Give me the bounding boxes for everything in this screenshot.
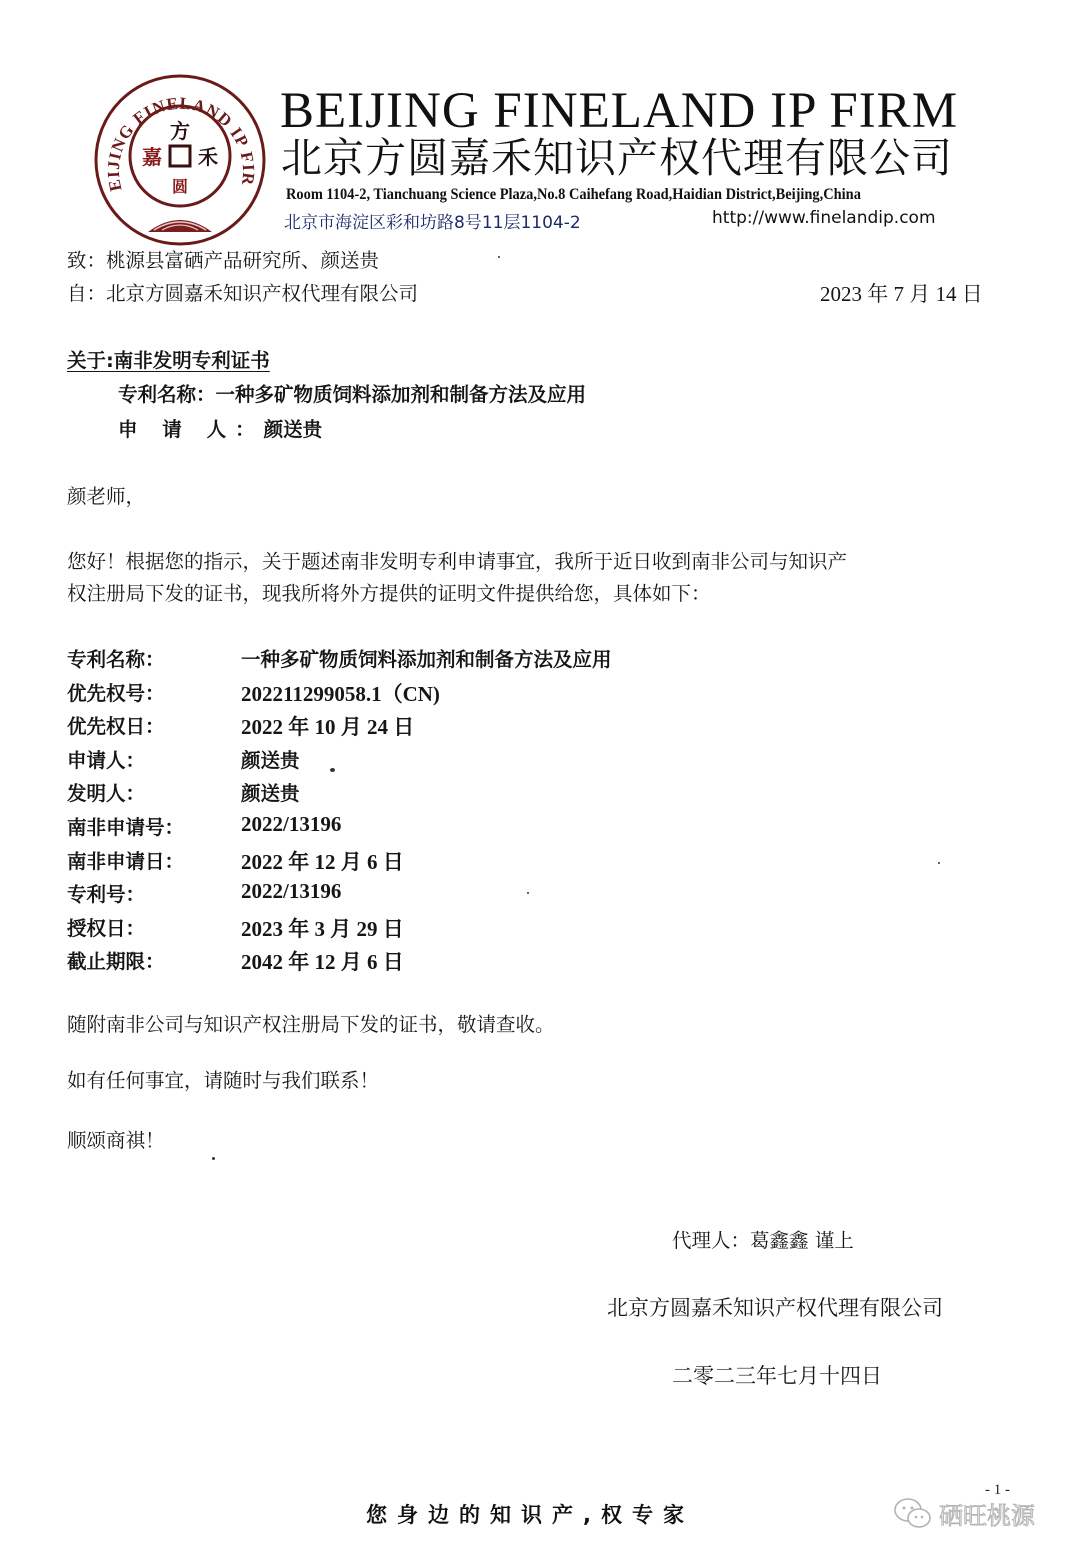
closing-line-attachment: 随附南非公司与知识产权注册局下发的证书，敬请查收。 [67,1015,555,1035]
detail-row-patent-name: 专利名称： 一种多矿物质饲料添加剂和制备方法及应用 [67,644,612,678]
detail-label: 南非申请号： [67,812,241,840]
detail-label: 发明人： [67,778,241,806]
detail-value: 202211299058.1（CN) [241,678,440,708]
detail-label: 截止期限： [67,946,241,974]
closing-line-regards: 顺颂商祺！ [67,1131,165,1151]
detail-value: 2022 年 10 月 24 日 [241,711,414,741]
detail-value: 一种多矿物质饲料添加剂和制备方法及应用 [241,644,612,672]
sender-line: 自：北京方圆嘉禾知识产权代理有限公司 [67,284,418,304]
firm-logo: BEIJING FINELAND IP FIRM 方 嘉 禾 圆 [92,72,268,248]
recipient-line: 致：桃源县富硒产品研究所、颜送贵 [67,251,379,271]
scan-speck [938,862,940,864]
subject-applicant: 申 请 人：颜送贵 [118,420,322,440]
subject-patent-name-value: 一种多矿物质饲料添加剂和制备方法及应用 [216,383,587,406]
detail-row-priority-date: 优先权日： 2022 年 10 月 24 日 [67,711,612,745]
detail-value: 颜送贵 [241,778,300,806]
subject-patent-name-label: 专利名称： [118,383,216,406]
detail-label: 专利名称： [67,644,241,672]
closing-line-contact: 如有任何事宜，请随时与我们联系！ [67,1071,379,1091]
website-link[interactable]: http://www.finelandip.com [712,208,936,228]
detail-label: 授权日： [67,913,241,941]
detail-row-za-application-number: 南非申请号： 2022/13196 [67,812,612,846]
detail-value: 2022/13196 [241,879,341,904]
subject-applicant-label: 申 请 人： [118,418,264,441]
svg-text:嘉: 嘉 [142,145,162,169]
svg-text:禾: 禾 [198,145,218,169]
subject-applicant-value: 颜送贵 [264,418,323,441]
footer-slogan: 您身边的知识产,权专家 [366,1499,694,1529]
subject-title: 关于:南非发明专利证书 [67,351,270,371]
body-paragraph-line-1: 您好！根据您的指示，关于题述南非发明专利申请事宜，我所于近日收到南非公司与知识产 [67,552,847,572]
detail-row-patent-number: 专利号： 2022/13196 [67,879,612,913]
signature-agent: 代理人：葛鑫鑫 谨上 [672,1231,854,1251]
detail-label: 优先权日： [67,711,241,739]
firm-name-chinese: 北京方圆嘉禾知识产权代理有限公司 [281,138,953,179]
firm-seal-icon: BEIJING FINELAND IP FIRM 方 嘉 禾 圆 [92,72,268,248]
watermark-text: 硒旺桃源 [939,1496,1035,1531]
firm-name-english: BEIJING FINELAND IP FIRM [280,86,958,137]
detail-label: 专利号： [67,879,241,907]
wechat-watermark: 硒旺桃源 [893,1496,1035,1531]
detail-label: 申请人： [67,745,241,773]
detail-row-priority-number: 优先权号： 202211299058.1（CN) [67,678,612,712]
detail-row-grant-date: 授权日： 2023 年 3 月 29 日 [67,913,612,947]
signature-firm: 北京方圆嘉禾知识产权代理有限公司 [607,1298,943,1319]
detail-row-za-application-date: 南非申请日： 2022 年 12 月 6 日 [67,846,612,880]
detail-label: 优先权号： [67,678,241,706]
subject-patent-name: 专利名称：一种多矿物质饲料添加剂和制备方法及应用 [118,385,586,405]
detail-row-expiry-date: 截止期限： 2042 年 12 月 6 日 [67,946,612,980]
address-english: Room 1104-2, Tianchuang Science Plaza,No… [286,186,861,204]
letter-date: 2023 年 7 月 14 日 [820,284,983,305]
detail-value: 2022/13196 [241,812,341,837]
greeting: 颜老师， [67,487,145,507]
svg-text:圆: 圆 [172,177,188,196]
body-paragraph-line-2: 权注册局下发的证书，现我所将外方提供的证明文件提供给您，具体如下： [67,584,711,604]
detail-row-inventor: 发明人： 颜送贵 [67,778,612,812]
svg-text:方: 方 [170,119,190,143]
detail-row-applicant: 申请人： 颜送贵 [67,745,612,779]
detail-value: 2042 年 12 月 6 日 [241,946,404,976]
detail-value: 2022 年 12 月 6 日 [241,846,404,876]
wechat-icon [893,1497,933,1531]
scan-speck [212,1157,215,1160]
scan-speck [498,256,500,258]
patent-details-table: 专利名称： 一种多矿物质饲料添加剂和制备方法及应用 优先权号： 20221129… [67,644,612,980]
detail-value: 颜送贵 [241,745,300,773]
address-chinese: 北京市海淀区彩和坊路8号11层1104-2 [284,208,581,233]
detail-value: 2023 年 3 月 29 日 [241,913,404,943]
scan-speck [330,768,335,772]
signature-date: 二零二三年七月十四日 [672,1366,882,1387]
scan-speck [527,892,529,894]
detail-label: 南非申请日： [67,846,241,874]
